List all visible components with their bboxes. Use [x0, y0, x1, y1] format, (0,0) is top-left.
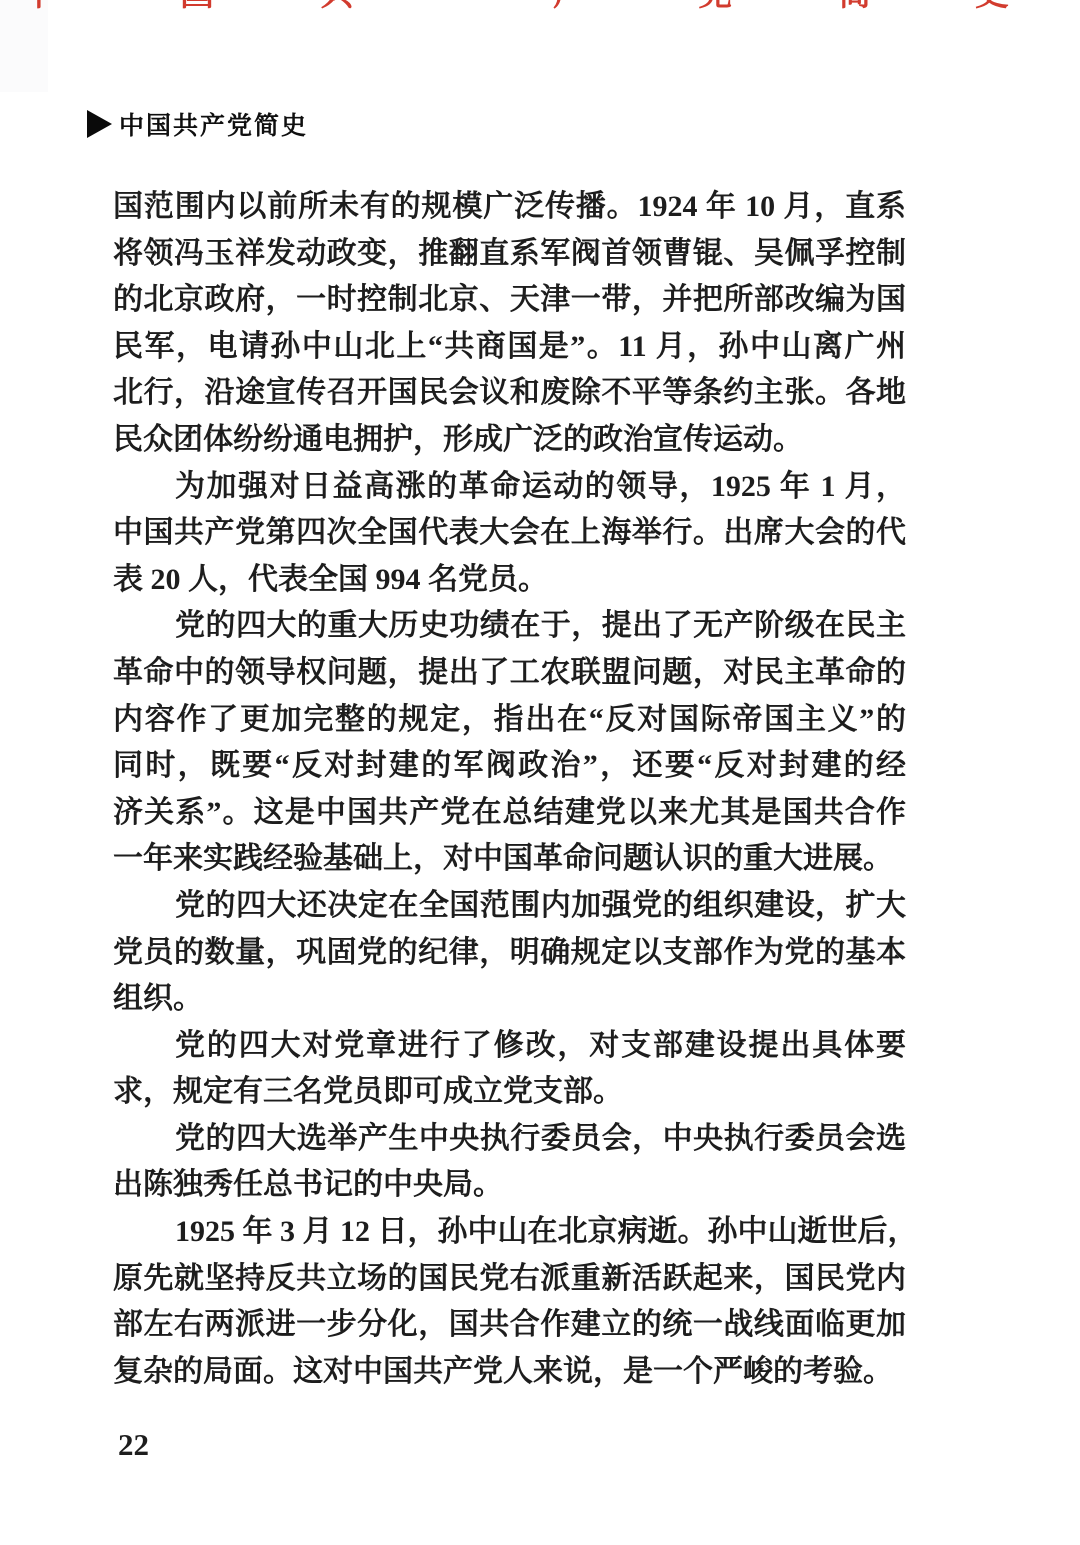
text-line: 表 20 人，代表全国 994 名党员。: [113, 557, 906, 604]
red-text-artifact: 史: [975, 0, 1011, 13]
text-line: 党员的数量，巩固党的纪律，明确规定以支部作为党的基本: [113, 930, 906, 977]
text-line: 组织。: [113, 976, 906, 1023]
red-text-artifact: 简: [838, 0, 874, 13]
text-line: 部左右两派进一步分化，国共合作建立的统一战线面临更加: [113, 1302, 906, 1349]
right-triangle-icon: [87, 110, 112, 138]
text-line: 求，规定有三名党员即可成立党支部。: [113, 1069, 906, 1116]
text-line: 将领冯玉祥发动政变，推翻直系军阀首领曹锟、吴佩孚控制: [113, 231, 906, 278]
red-text-artifact: 党: [698, 0, 734, 13]
red-text-artifact: 国: [180, 0, 216, 13]
text-line: 党的四大还决定在全国范围内加强党的组织建设，扩大: [113, 883, 906, 930]
red-text-artifact: 共: [320, 0, 356, 13]
text-line: 为加强对日益高涨的革命运动的领导，1925 年 1 月，: [113, 464, 906, 511]
text-line: 1925 年 3 月 12 日，孙中山在北京病逝。孙中山逝世后，: [113, 1209, 906, 1256]
text-line: 民众团体纷纷通电拥护，形成广泛的政治宣传运动。: [113, 417, 906, 464]
text-line: 北行，沿途宣传召开国民会议和废除不平等条约主张。各地: [113, 370, 906, 417]
top-edge-artifacts: 中国共产党简史: [0, 0, 1080, 14]
text-line: 出陈独秀任总书记的中央局。: [113, 1162, 906, 1209]
text-line: 党的四大选举产生中央执行委员会，中央执行委员会选: [113, 1116, 906, 1163]
text-line: 革命中的领导权问题，提出了工农联盟问题，对民主革命的: [113, 650, 906, 697]
text-line: 中国共产党第四次全国代表大会在上海举行。出席大会的代: [113, 510, 906, 557]
text-line: 内容作了更加完整的规定，指出在“反对国际帝国主义”的: [113, 697, 906, 744]
red-text-artifact: 产: [553, 0, 589, 13]
text-line: 党的四大对党章进行了修改，对支部建设提出具体要: [113, 1023, 906, 1070]
text-line: 济关系”。这是中国共产党在总结建党以来尤其是国共合作: [113, 790, 906, 837]
text-line: 党的四大的重大历史功绩在于，提出了无产阶级在民主: [113, 603, 906, 650]
text-line: 民军，电请孙中山北上“共商国是”。11 月，孙中山离广州: [113, 324, 906, 371]
text-line: 的北京政府，一时控制北京、天津一带，并把所部改编为国: [113, 277, 906, 324]
red-text-artifact: 中: [22, 0, 58, 13]
book-page: 中国共产党简史 中国共产党简史 国范围内以前所未有的规模广泛传播。1924 年 …: [0, 0, 1080, 1545]
page-text: 国范围内以前所未有的规模广泛传播。1924 年 10 月，直系将领冯玉祥发动政变…: [113, 184, 906, 1395]
text-line: 国范围内以前所未有的规模广泛传播。1924 年 10 月，直系: [113, 184, 906, 231]
book-title: 中国共产党简史: [119, 106, 308, 142]
text-line: 同时，既要“反对封建的军阀政治”，还要“反对封建的经: [113, 743, 906, 790]
running-header: 中国共产党简史: [87, 106, 308, 142]
text-line: 原先就坚持反共立场的国民党右派重新活跃起来，国民党内: [113, 1256, 906, 1303]
text-line: 复杂的局面。这对中国共产党人来说，是一个严峻的考验。: [113, 1349, 906, 1396]
text-line: 一年来实践经验基础上，对中国革命问题认识的重大进展。: [113, 836, 906, 883]
page-number: 22: [118, 1427, 149, 1463]
